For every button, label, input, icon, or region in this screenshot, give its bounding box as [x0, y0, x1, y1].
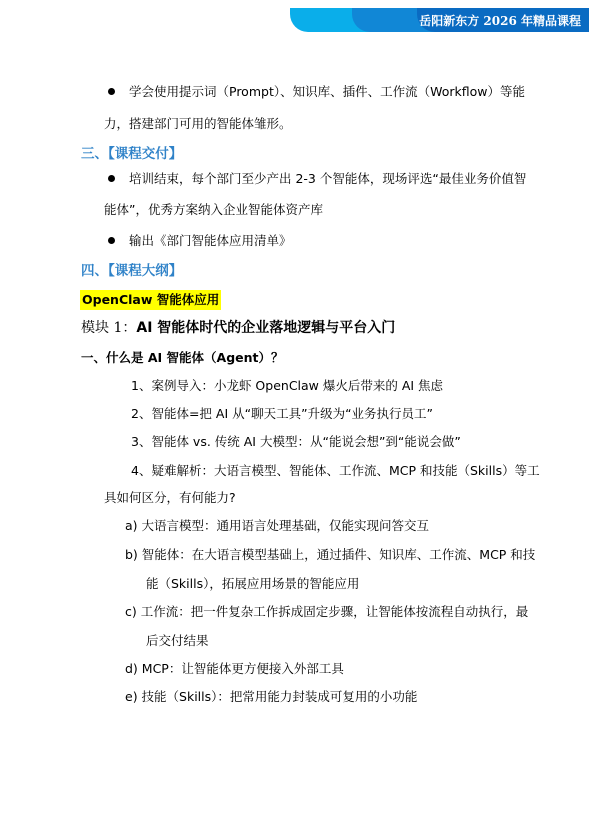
module-title: 模块 1：AI 智能体时代的企业落地逻辑与平台入门 — [81, 320, 395, 336]
outline-item: 4、疑难解析：大语言模型、智能体、工作流、MCP 和技能（Skills）等工 — [131, 463, 540, 479]
bullet-item: 培训结束，每个部门至少产出 2-3 个智能体，现场评选“最佳业务价值智 — [108, 171, 526, 187]
bullet-item: 学会使用提示词（Prompt）、知识库、插件、工作流（Workflow）等能 — [108, 84, 525, 100]
outline-item: 1、案例导入：小龙虾 OpenClaw 爆火后带来的 AI 焦虑 — [131, 378, 443, 394]
bullet-icon — [108, 175, 115, 182]
bullet-text: 学会使用提示词（Prompt）、知识库、插件、工作流（Workflow）等能 — [129, 84, 525, 99]
bullet-icon — [108, 237, 115, 244]
bullet-continuation: 能体”，优秀方案纳入企业智能体资产库 — [104, 202, 323, 218]
outline-item: 2、智能体=把 AI 从“聊天工具”升级为“业务执行员工” — [131, 406, 433, 422]
sub-item-continuation: 能（Skills），拓展应用场景的智能应用 — [146, 576, 359, 592]
bullet-text: 输出《部门智能体应用清单》 — [129, 233, 292, 248]
section-heading-outline: 四、【课程大纲】 — [81, 263, 182, 279]
header-banner: 岳阳新东方 2026 年精品课程 — [0, 8, 589, 32]
sub-item: c) 工作流：把一件复杂工作拆成固定步骤，让智能体按流程自动执行，最 — [125, 604, 528, 620]
bullet-continuation: 力，搭建部门可用的智能体雏形。 — [104, 116, 292, 132]
sub-item: d) MCP：让智能体更方便接入外部工具 — [125, 661, 344, 677]
outline-item: 3、智能体 vs. 传统 AI 大模型：从“能说会想”到“能说会做” — [131, 434, 461, 450]
sub-item: a) 大语言模型：通用语言处理基础，仅能实现问答交互 — [125, 518, 429, 534]
section-heading-delivery: 三、【课程交付】 — [81, 146, 182, 162]
sub-item: b) 智能体：在大语言模型基础上，通过插件、知识库、工作流、MCP 和技 — [125, 547, 535, 563]
bullet-item: 输出《部门智能体应用清单》 — [108, 233, 292, 249]
sub-item-continuation: 后交付结果 — [146, 633, 209, 649]
bullet-icon — [108, 88, 115, 95]
highlight-text: OpenClaw 智能体应用 — [80, 290, 221, 310]
header-title: 岳阳新东方 2026 年精品课程 — [419, 12, 581, 29]
highlight-label: OpenClaw 智能体应用 — [80, 292, 221, 308]
sub-item: e) 技能（Skills）：把常用能力封装成可复用的小功能 — [125, 689, 417, 705]
subheading: 一、什么是 AI 智能体（Agent）？ — [81, 350, 284, 366]
outline-item-continuation: 具如何区分，有何能力? — [104, 490, 236, 506]
module-title-text: AI 智能体时代的企业落地逻辑与平台入门 — [136, 320, 395, 336]
bullet-text: 培训结束，每个部门至少产出 2-3 个智能体，现场评选“最佳业务价值智 — [129, 171, 526, 186]
module-prefix: 模块 1： — [81, 320, 136, 336]
